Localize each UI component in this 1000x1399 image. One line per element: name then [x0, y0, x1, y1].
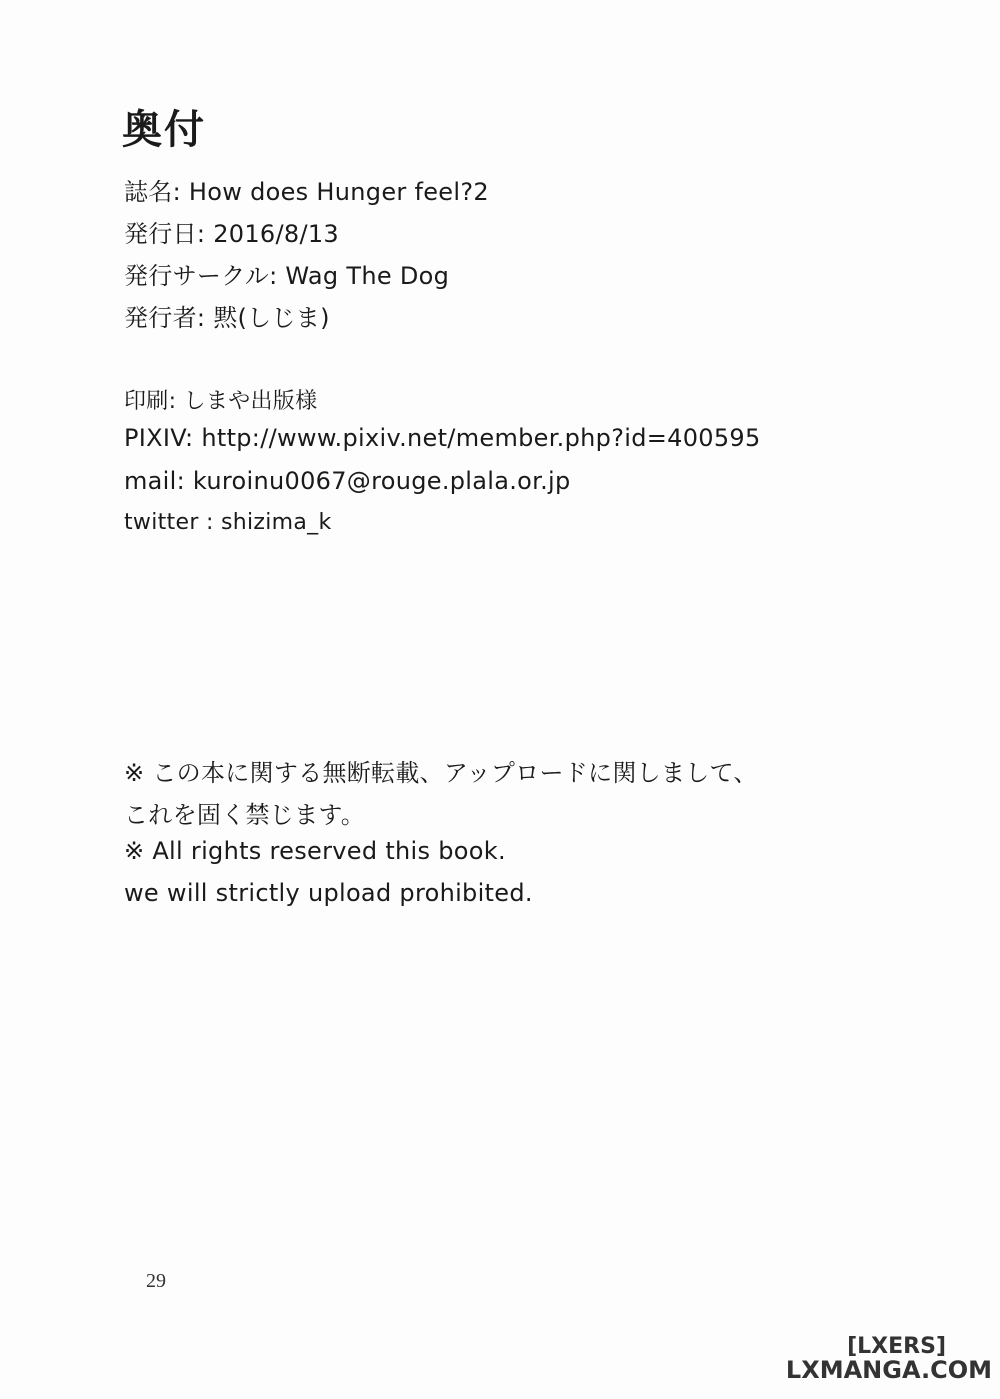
pixiv-link: PIXIV: http://www.pixiv.net/member.php?i…	[124, 424, 761, 452]
watermark-line1: [LXERS]	[786, 1335, 946, 1358]
page-number: 29	[146, 1270, 166, 1293]
notice-jp-line2: これを固く禁じます。	[124, 795, 365, 830]
publish-date: 発行日: 2016/8/13	[124, 214, 339, 249]
circle-name: 発行サークル: Wag The Dog	[124, 256, 449, 291]
notice-jp-line1: ※ この本に関する無断転載、アップロードに関しまして、	[124, 753, 758, 788]
publisher-name: 発行者: 黙(しじま)	[124, 298, 330, 333]
twitter-handle: twitter : shizima_k	[124, 510, 332, 535]
mail-address: mail: kuroinu0067@rouge.plala.or.jp	[124, 467, 571, 495]
printer: 印刷: しまや出版様	[124, 384, 317, 415]
notice-en-line1: ※ All rights reserved this book.	[124, 837, 506, 865]
colophon-heading: 奥付	[122, 98, 206, 155]
book-title: 誌名: How does Hunger feel?2	[124, 172, 489, 207]
notice-en-line2: we will strictly upload prohibited.	[124, 879, 533, 907]
watermark: [LXERS] LXMANGA.COM	[786, 1335, 992, 1383]
watermark-line2: LXMANGA.COM	[786, 1358, 992, 1383]
